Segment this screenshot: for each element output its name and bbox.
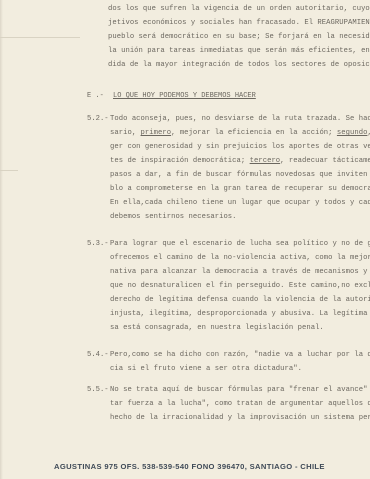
text-line: ger con generosidad y sin prejuicios los… <box>110 142 370 152</box>
section-number: 5.3.- <box>87 239 109 249</box>
text-line: hecho de la irracionalidad y la improvis… <box>110 413 370 423</box>
letterhead-footer: AGUSTINAS 975 OFS. 538-539-540 FONO 3964… <box>54 462 325 471</box>
text-line: pueblo será democrático en su base; Se f… <box>108 32 370 42</box>
text-line: No se trata aquí de buscar fórmulas para… <box>110 385 370 395</box>
text-line: sa está consagrada, en nuestra legislaci… <box>110 323 324 333</box>
text-line: debemos sentirnos necesarios. <box>110 212 237 222</box>
underlined-word: segundo <box>337 129 368 137</box>
text-line: Pero,como se ha dicho con razón, "nadie … <box>110 350 370 360</box>
section-letter: E .- <box>87 91 104 101</box>
document-page: dos los que sufren la vigencia de un ord… <box>0 0 370 479</box>
section-number: 5.2.- <box>87 114 109 124</box>
text-line: que no desnaturalicen el fin perseguido.… <box>110 281 370 291</box>
underlined-word: tercero <box>250 157 281 165</box>
section-number: 5.5.- <box>87 385 109 395</box>
text-line: blo a comprometerse en la gran tarea de … <box>110 184 370 194</box>
text-line: derecho de legítima defensa cuando la vi… <box>110 295 370 305</box>
text-line: cia si el fruto viene a ser otra dictadu… <box>110 364 302 374</box>
text-line-rich: tes de inspiración democrática; tercero,… <box>110 156 370 166</box>
fold-line <box>0 170 18 171</box>
text-line: dos los que sufren la vigencia de un ord… <box>108 4 370 14</box>
text-line: ofrecemos el camino de la no-violencia a… <box>110 253 370 263</box>
paper-edge <box>0 0 3 479</box>
text-line: tar fuerza a la lucha", como tratan de a… <box>110 399 370 409</box>
text-line: nativa para alcanzar la democracia a tra… <box>110 267 370 277</box>
text-line: Para lograr que el escenario de lucha se… <box>110 239 370 249</box>
text-line: la unión para tareas inmediatas que será… <box>108 46 370 56</box>
section-number: 5.4.- <box>87 350 109 360</box>
text-line: dida de la mayor integración de todos lo… <box>108 60 370 70</box>
fold-line <box>0 37 80 38</box>
text-line: Todo aconseja, pues, no desviarse de la … <box>110 114 370 124</box>
text-line: En ella,cada chileno tiene un lugar que … <box>110 198 370 208</box>
section-title: LO QUE HOY PODEMOS Y DEBEMOS HACER <box>113 91 256 101</box>
text-line-rich: sario, primero, mejorar la eficiencia en… <box>110 128 370 138</box>
text-line: pasos a dar, a fin de buscar fórmulas no… <box>110 170 370 180</box>
underlined-word: primero <box>141 129 172 137</box>
text-line: jetivos económicos y sociales han fracas… <box>108 18 370 28</box>
text-line: injusta, ilegítima, desproporcionada y a… <box>110 309 370 319</box>
